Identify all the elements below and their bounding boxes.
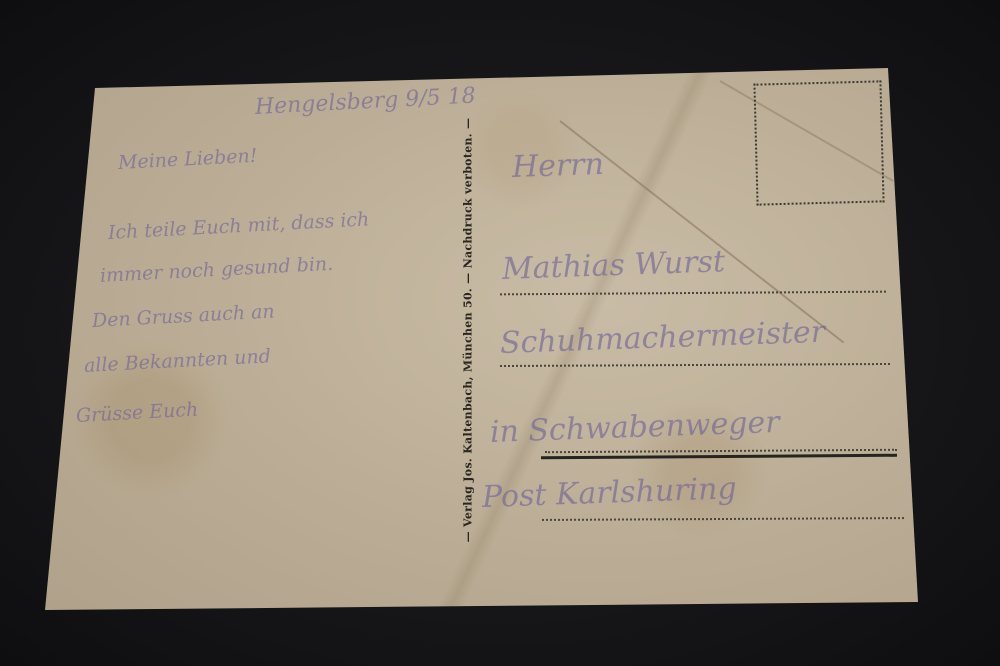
message-line: alle Bekannten und [83,345,271,377]
message-line: Den Gruss auch an [91,300,275,332]
postcard-back: — Verlag Jos. Kaltenbach, München 50. — … [0,0,1000,666]
place-date: Hengelsberg 9/5 18 [254,83,476,120]
address-line-dotted [542,517,904,521]
address-occupation: Schuhmachermeister [499,315,825,361]
address-line-dotted [545,449,897,453]
salutation: Meine Lieben! [117,145,257,174]
address-line-dotted [500,363,890,367]
address-line-solid [541,454,897,459]
address-post: Post Karlshuring [481,471,737,515]
stamp-box [753,80,884,205]
address-line-dotted [500,291,886,296]
message-line: Grüsse Euch [75,399,198,427]
message-line: immer noch gesund bin. [99,253,333,287]
address-town: in Schwabenweger [489,405,780,450]
message-line: Ich teile Euch mit, dass ich [107,208,369,244]
address-name: Mathias Wurst [501,244,725,287]
publisher-imprint: — Verlag Jos. Kaltenbach, München 50. — … [462,118,475,543]
address-title: Herrn [511,147,604,185]
